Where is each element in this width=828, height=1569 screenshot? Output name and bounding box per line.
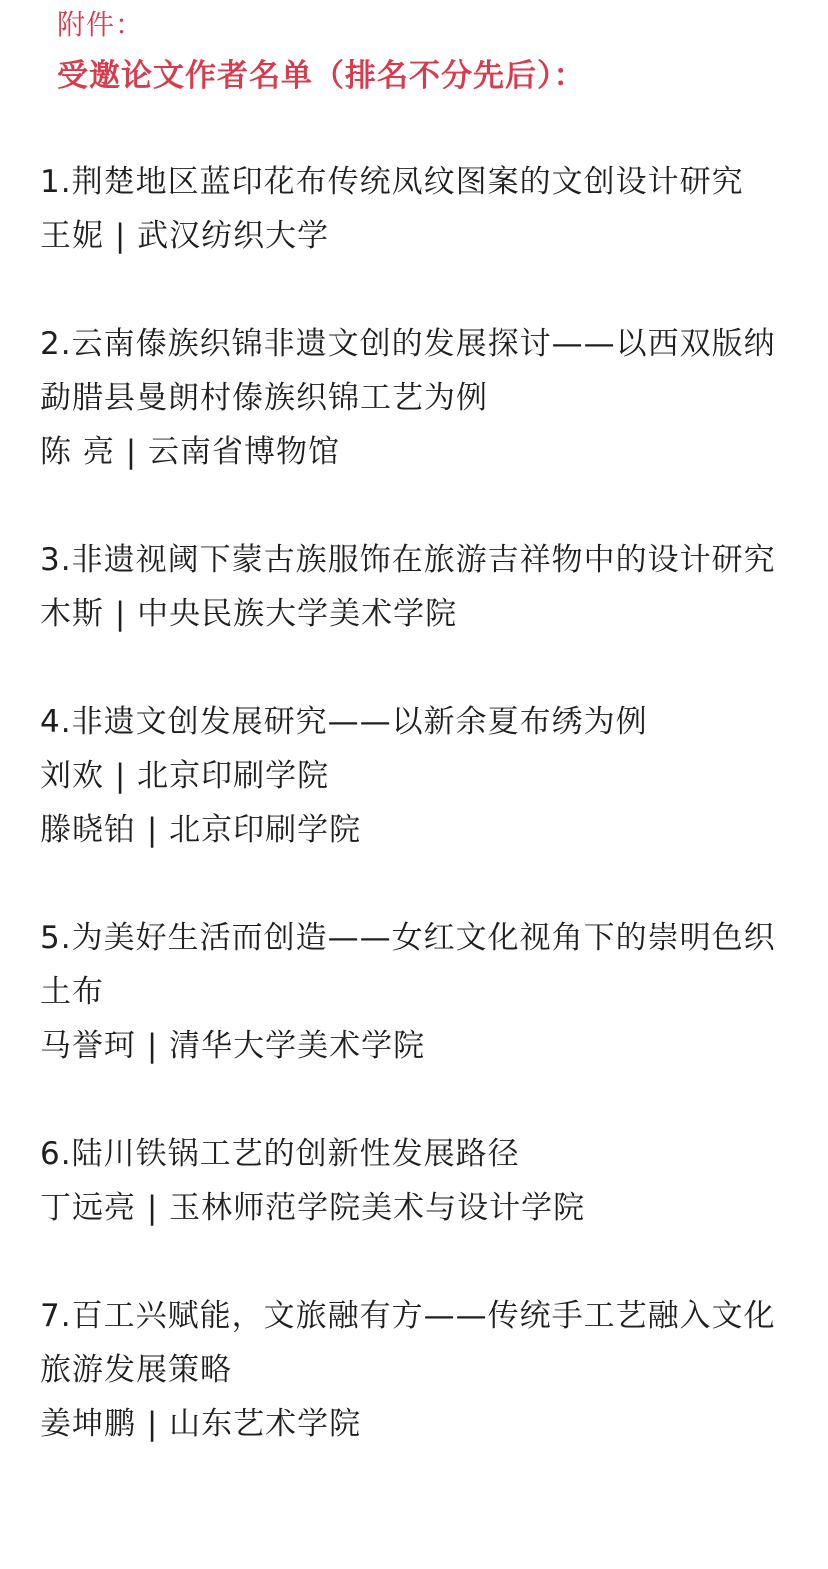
author-affiliation: 刘欢 | 北京印刷学院: [40, 749, 800, 803]
paper-title: 3.非遗视阈下蒙古族服饰在旅游吉祥物中的设计研究: [40, 533, 800, 587]
paper-entry-3: 3.非遗视阈下蒙古族服饰在旅游吉祥物中的设计研究 木斯 | 中央民族大学美术学院: [40, 533, 800, 641]
list-title: 受邀论文作者名单（排名不分先后）：: [57, 56, 586, 96]
document-header: 附件： 受邀论文作者名单（排名不分先后）：: [57, 0, 586, 96]
paper-entry-2: 2.云南傣族织锦非遗文创的发展探讨——以西双版纳勐腊县曼朗村傣族织锦工艺为例 陈…: [40, 317, 800, 479]
paper-title: 7.百工兴赋能，文旅融有方——传统手工艺融入文化旅游发展策略: [40, 1289, 800, 1397]
paper-title: 2.云南傣族织锦非遗文创的发展探讨——以西双版纳勐腊县曼朗村傣族织锦工艺为例: [40, 317, 800, 425]
paper-title: 6.陆川铁锅工艺的创新性发展路径: [40, 1127, 800, 1181]
author-affiliation: 姜坤鹏 | 山东艺术学院: [40, 1397, 800, 1451]
invited-authors-list: 1.荆楚地区蓝印花布传统凤纹图案的文创设计研究 王妮 | 武汉纺织大学 2.云南…: [40, 155, 800, 1505]
paper-entry-7: 7.百工兴赋能，文旅融有方——传统手工艺融入文化旅游发展策略 姜坤鹏 | 山东艺…: [40, 1289, 800, 1451]
paper-title: 5.为美好生活而创造——女红文化视角下的崇明色织土布: [40, 911, 800, 1019]
paper-entry-6: 6.陆川铁锅工艺的创新性发展路径 丁远亮 | 玉林师范学院美术与设计学院: [40, 1127, 800, 1235]
author-affiliation: 马誉珂 | 清华大学美术学院: [40, 1019, 800, 1073]
author-affiliation: 陈 亮 | 云南省博物馆: [40, 425, 800, 479]
paper-title: 1.荆楚地区蓝印花布传统凤纹图案的文创设计研究: [40, 155, 800, 209]
author-affiliation: 王妮 | 武汉纺织大学: [40, 209, 800, 263]
paper-entry-1: 1.荆楚地区蓝印花布传统凤纹图案的文创设计研究 王妮 | 武汉纺织大学: [40, 155, 800, 263]
author-affiliation: 丁远亮 | 玉林师范学院美术与设计学院: [40, 1181, 800, 1235]
paper-entry-4: 4.非遗文创发展研究——以新余夏布绣为例 刘欢 | 北京印刷学院 滕晓铂 | 北…: [40, 695, 800, 857]
author-affiliation: 木斯 | 中央民族大学美术学院: [40, 587, 800, 641]
paper-entry-5: 5.为美好生活而创造——女红文化视角下的崇明色织土布 马誉珂 | 清华大学美术学…: [40, 911, 800, 1073]
attachment-label: 附件：: [57, 8, 586, 42]
paper-title: 4.非遗文创发展研究——以新余夏布绣为例: [40, 695, 800, 749]
author-affiliation: 滕晓铂 | 北京印刷学院: [40, 803, 800, 857]
